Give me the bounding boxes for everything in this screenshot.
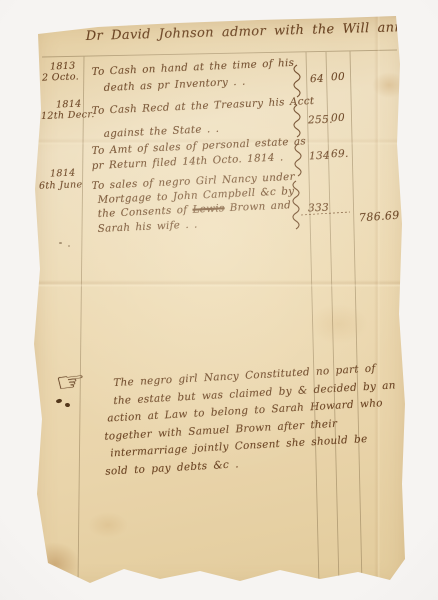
ledger-brace [290, 104, 300, 138]
entry-date-day: 2 Octo. [42, 71, 79, 83]
photo-background: Dr David Johnson admor with the Will ann… [0, 0, 438, 600]
manuscript-paper: Dr David Johnson admor with the Will ann… [28, 14, 412, 594]
ledger-brace [289, 180, 299, 230]
entry-date-year: 1814 [50, 168, 76, 180]
money-column-rule-1 [306, 52, 319, 585]
amount-cents: 00 [331, 112, 345, 124]
amount-cents: 00 [331, 71, 345, 83]
money-column-rule-3 [350, 51, 362, 585]
ink-speck [68, 245, 70, 247]
money-column-rule-2 [326, 52, 339, 585]
struck-out-word: Lewis [192, 202, 225, 215]
amount-dollars: 255. [308, 114, 333, 127]
amount-dollars: 134 [309, 150, 330, 163]
footnote-paragraph: The negro girl Nancy Constituted no part… [98, 360, 386, 481]
header-rule [42, 50, 397, 57]
ledger-brace [290, 64, 300, 98]
manicule-pointing-hand-icon: ☞ [54, 365, 88, 397]
entry-date-day: 12th Decr. [41, 109, 95, 122]
date-column-rule [78, 56, 84, 585]
entry-date-day: 6th June [39, 179, 83, 192]
amount-dollars: 64 [310, 73, 324, 85]
amount-cents: 69. [331, 148, 349, 161]
ink-speck [59, 242, 62, 244]
amount-dollars: 333 [308, 202, 329, 215]
